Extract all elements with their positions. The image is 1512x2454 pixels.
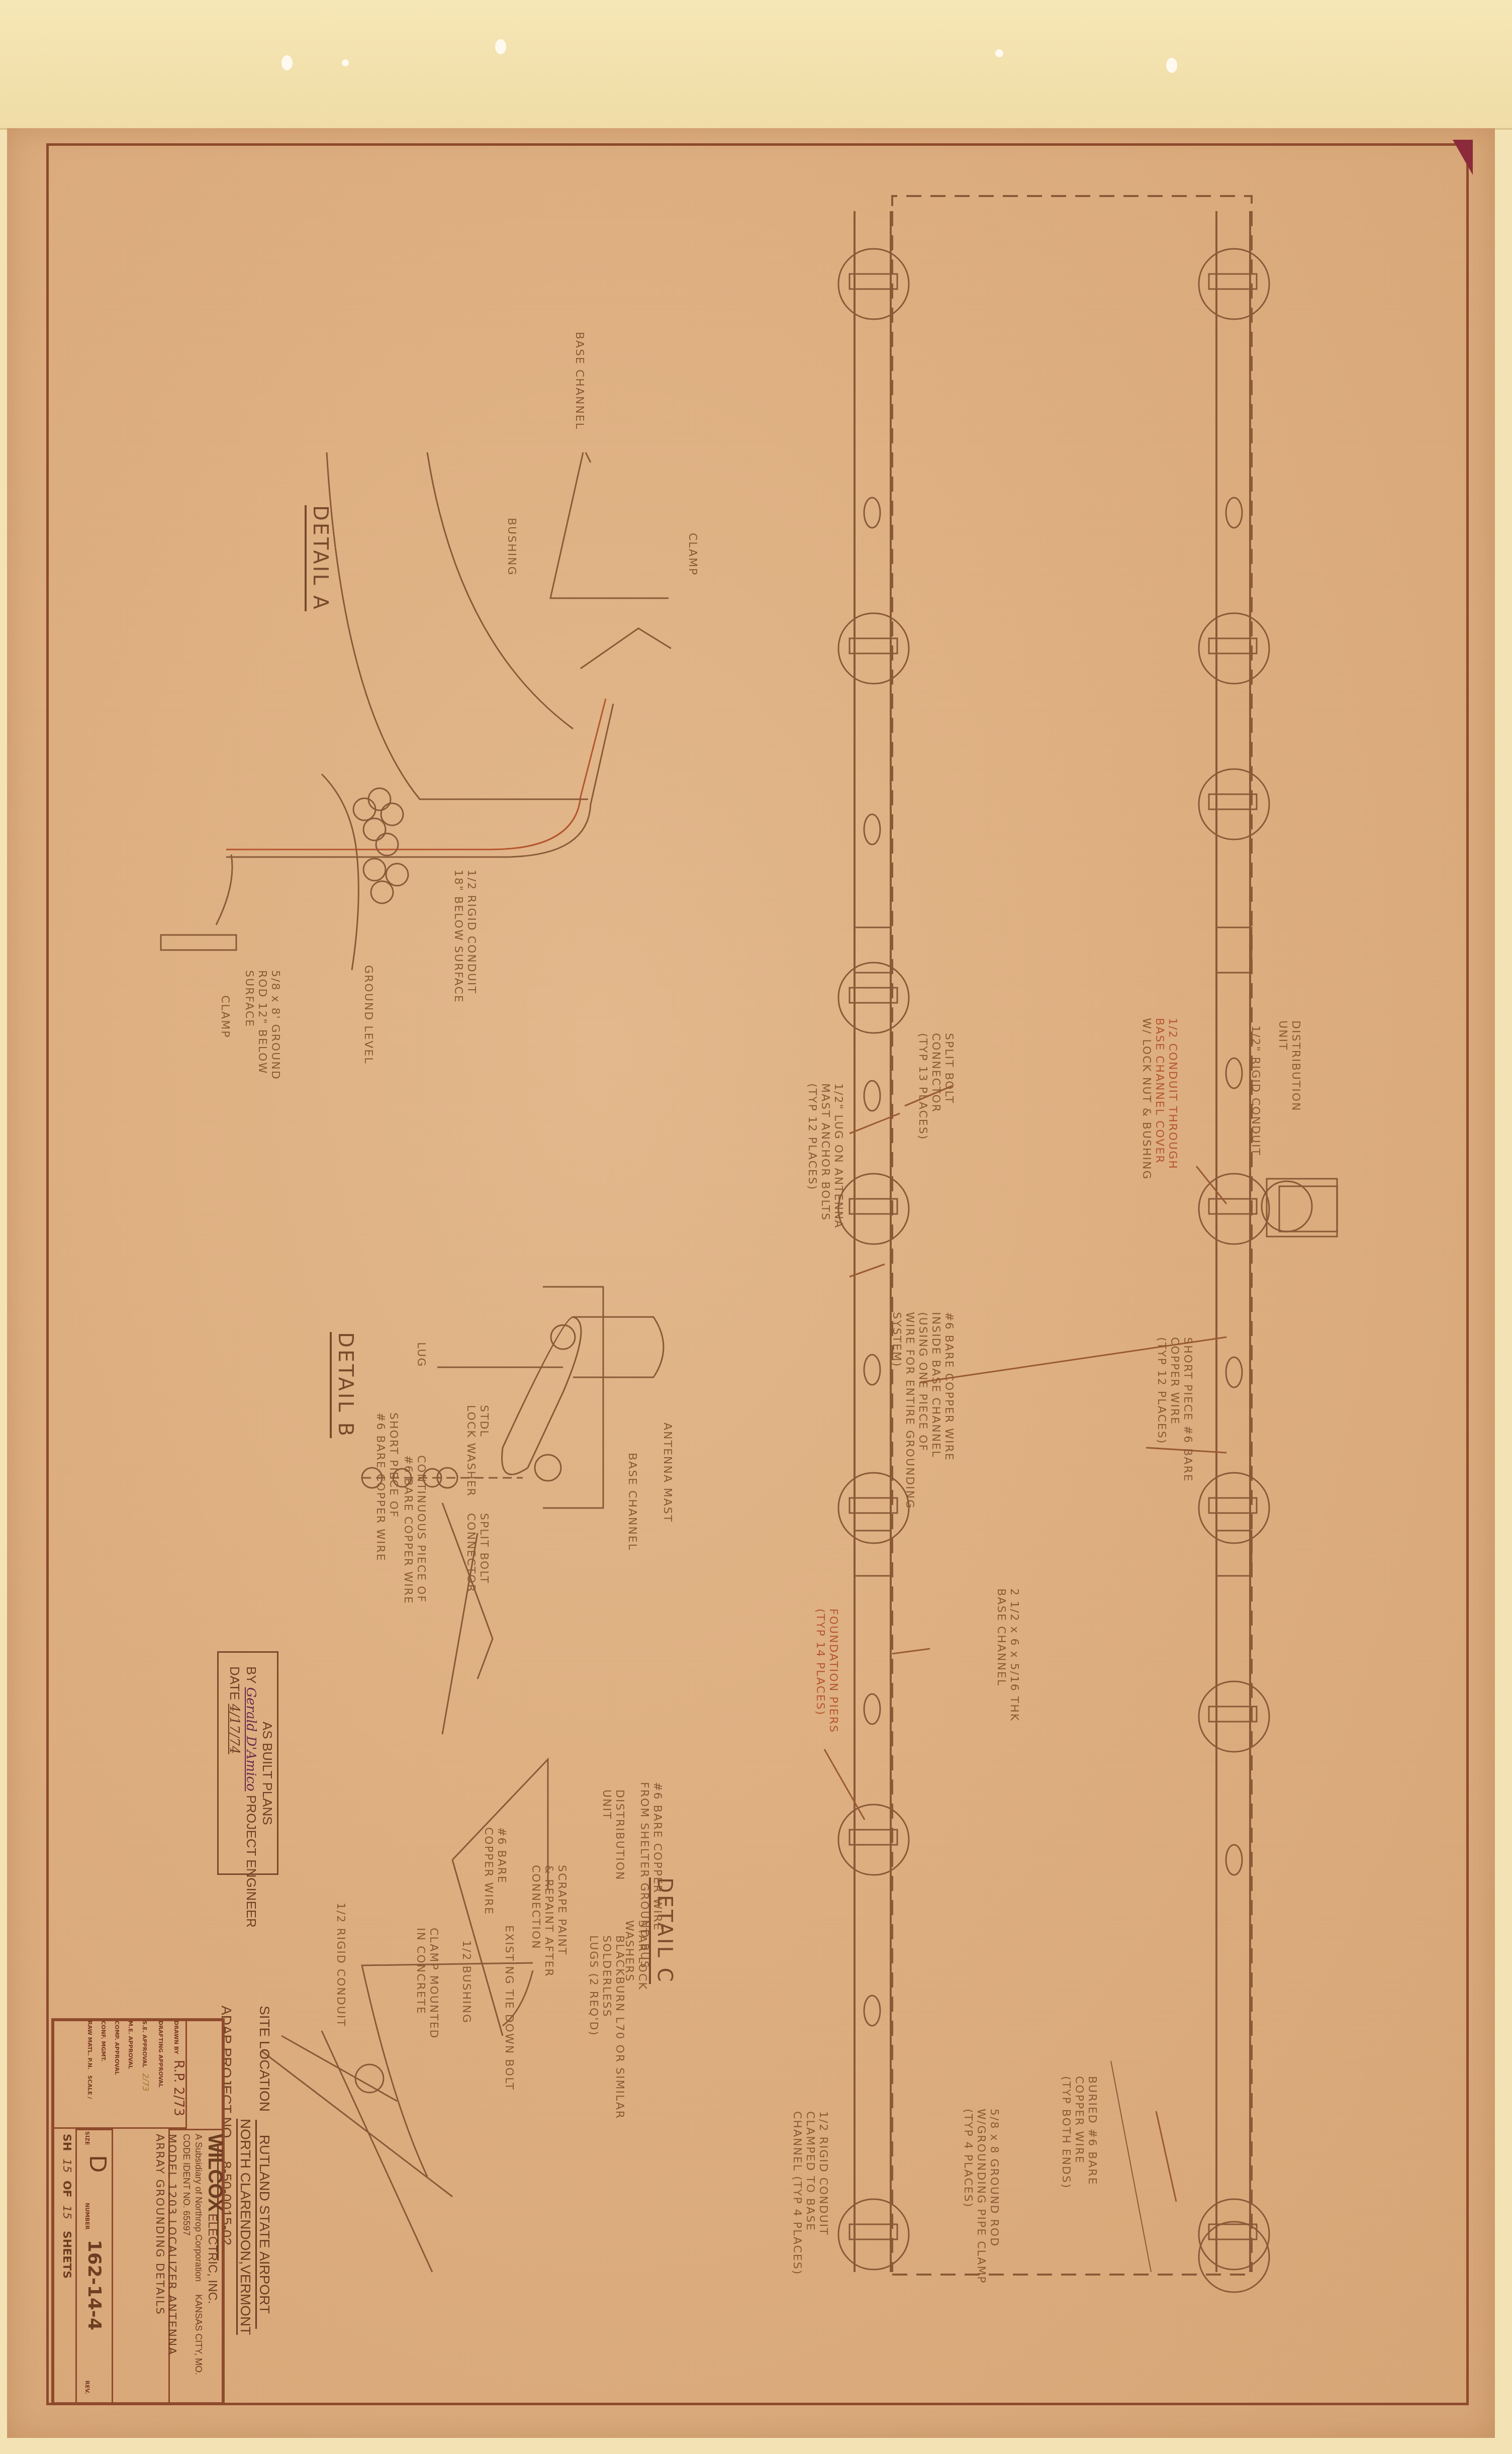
label-existing-tie-down: EXISTING TIE DOWN BOLT	[502, 1925, 515, 2091]
label-distribution-unit-c: DISTRIBUTIONUNIT	[600, 1789, 626, 1881]
label-rigid-conduit-clamped: 1/2 RIGID CONDUITCLAMPED TO BASECHANNEL …	[790, 2111, 829, 2275]
label-clamp-a2: CLAMP	[218, 995, 231, 1038]
sheet-count: SH 15 OF 15 SHEETS	[60, 2134, 73, 2279]
label-short-piece-plan: SHORT PIECE #6 BARECOPPER WIRE(TYP 12 PL…	[1155, 1337, 1194, 1482]
label-bare-copper-inside: #6 BARE COPPER WIREINSIDE BASE CHANNEL(U…	[890, 1312, 955, 1509]
drawn-by-value: R.P. 2/73	[171, 2060, 186, 2116]
label-bare-copper-c: #6 BARECOPPER WIRE	[482, 1827, 508, 1915]
label-base-channel-dim: 2 1/2 x 6 x 5/16 THKBASE CHANNEL	[994, 1588, 1020, 1722]
label-ground-rod: 5/8 x 8' GROUNDROD 12" BELOWSURFACE	[242, 970, 281, 1080]
label-ground-rod-clamp: 5/8 x 8 GROUND RODW/GROUNDING PIPE CLAMP…	[961, 2109, 1000, 2284]
label-distribution-unit-plan: DISTRIBUTIONUNIT	[1276, 1020, 1302, 1112]
drawing-title: MODEL 1203 LOCALIZER ANTENNA ARRAY GROUN…	[153, 2134, 177, 2375]
label-clamp-mounted: CLAMP MOUNTEDIN CONCRETE	[414, 1928, 440, 2039]
label-split-bolt-b: SPLIT BOLTCONNECTOR	[464, 1513, 490, 1593]
engineer-signature: Gerald D'Amico	[243, 1687, 258, 1791]
label-lock-washer: STDLLOCK WASHER	[464, 1405, 490, 1497]
as-built-text: AS BUILT PLANS BY Gerald D'Amico PROJECT…	[226, 1666, 275, 1928]
label-star-lock: STAR LOCKWASHERS	[622, 1920, 648, 1991]
label-ground-level: GROUND LEVEL	[361, 965, 374, 1065]
label-rigid-conduit-a: 1/2 RIGID CONDUIT18" BELOW SURFACE	[451, 870, 478, 1003]
label-lug: LUG	[414, 1342, 427, 1367]
label-buried-wire: BURIED #6 BARECOPPER WIRE(TYP BOTH ENDS)	[1059, 2076, 1098, 2189]
as-built-date: 4/17/74	[227, 1704, 242, 1754]
label-bushing-a: BUSHING	[505, 518, 518, 576]
detail-a-art	[161, 452, 671, 970]
drawing-number-block: SIZE D NUMBER 162-14-4 REV.	[84, 2131, 112, 2394]
label-short-piece-b: SHORT PIECE OF#6 BARE COPPER WIRE	[373, 1412, 400, 1562]
detail-b-title: DETAIL B	[330, 1332, 357, 1438]
label-rigid-conduit-c: 1/2 RIGID CONDUIT	[334, 1903, 347, 2027]
label-clamp-a: CLAMP	[686, 533, 699, 576]
label-scrape-paint: SCRAPE PAINT& REPAINT AFTERCONNECTION	[529, 1865, 568, 1977]
label-conduit-through: 1/2 CONDUIT THROUGHBASE CHANNEL COVERW/ …	[1140, 1018, 1179, 1180]
label-antenna-mast: ANTENNA MAST	[660, 1423, 674, 1523]
detail-a-title: DETAIL A	[305, 505, 332, 611]
label-base-channel-a: BASE CHANNEL	[573, 332, 586, 430]
company-block: WILCOX ELECTRIC, INC. A Subsidiary of No…	[153, 2134, 221, 2375]
label-continuous-piece: CONTINUOUS PIECE OF#6 BARE COPPER WIRE	[401, 1455, 427, 1604]
label-blackburn: BLACKBURN L70 OR SIMILARSOLDERLESSLUGS (…	[587, 1935, 626, 2119]
label-half-bushing: 1/2 BUSHING	[459, 1940, 472, 2024]
label-foundation-piers: FOUNDATION PIERS(TYP 14 PLACES)	[813, 1609, 839, 1733]
approval-rows: DRAWN BY R.P. 2/73 DRAFTING APPROVAL S.E…	[86, 2021, 186, 2116]
label-rigid-conduit-plan: 1/2" RIGID CONDUIT	[1249, 1025, 1262, 1156]
drawing-number: 162-14-4	[84, 2240, 105, 2330]
label-split-bolt-plan: SPLIT BOLTCONNECTOR(TYP 13 PLACES)	[916, 1033, 955, 1140]
label-base-channel-b: BASE CHANNEL	[625, 1453, 638, 1551]
sheet-size: D	[84, 2155, 112, 2173]
label-lug-on-mast: 1/2" LUG ON ANTENNAMAST ANCHOR BOLTS(TYP…	[805, 1083, 844, 1229]
company-logo: WILCOX	[204, 2134, 226, 2211]
